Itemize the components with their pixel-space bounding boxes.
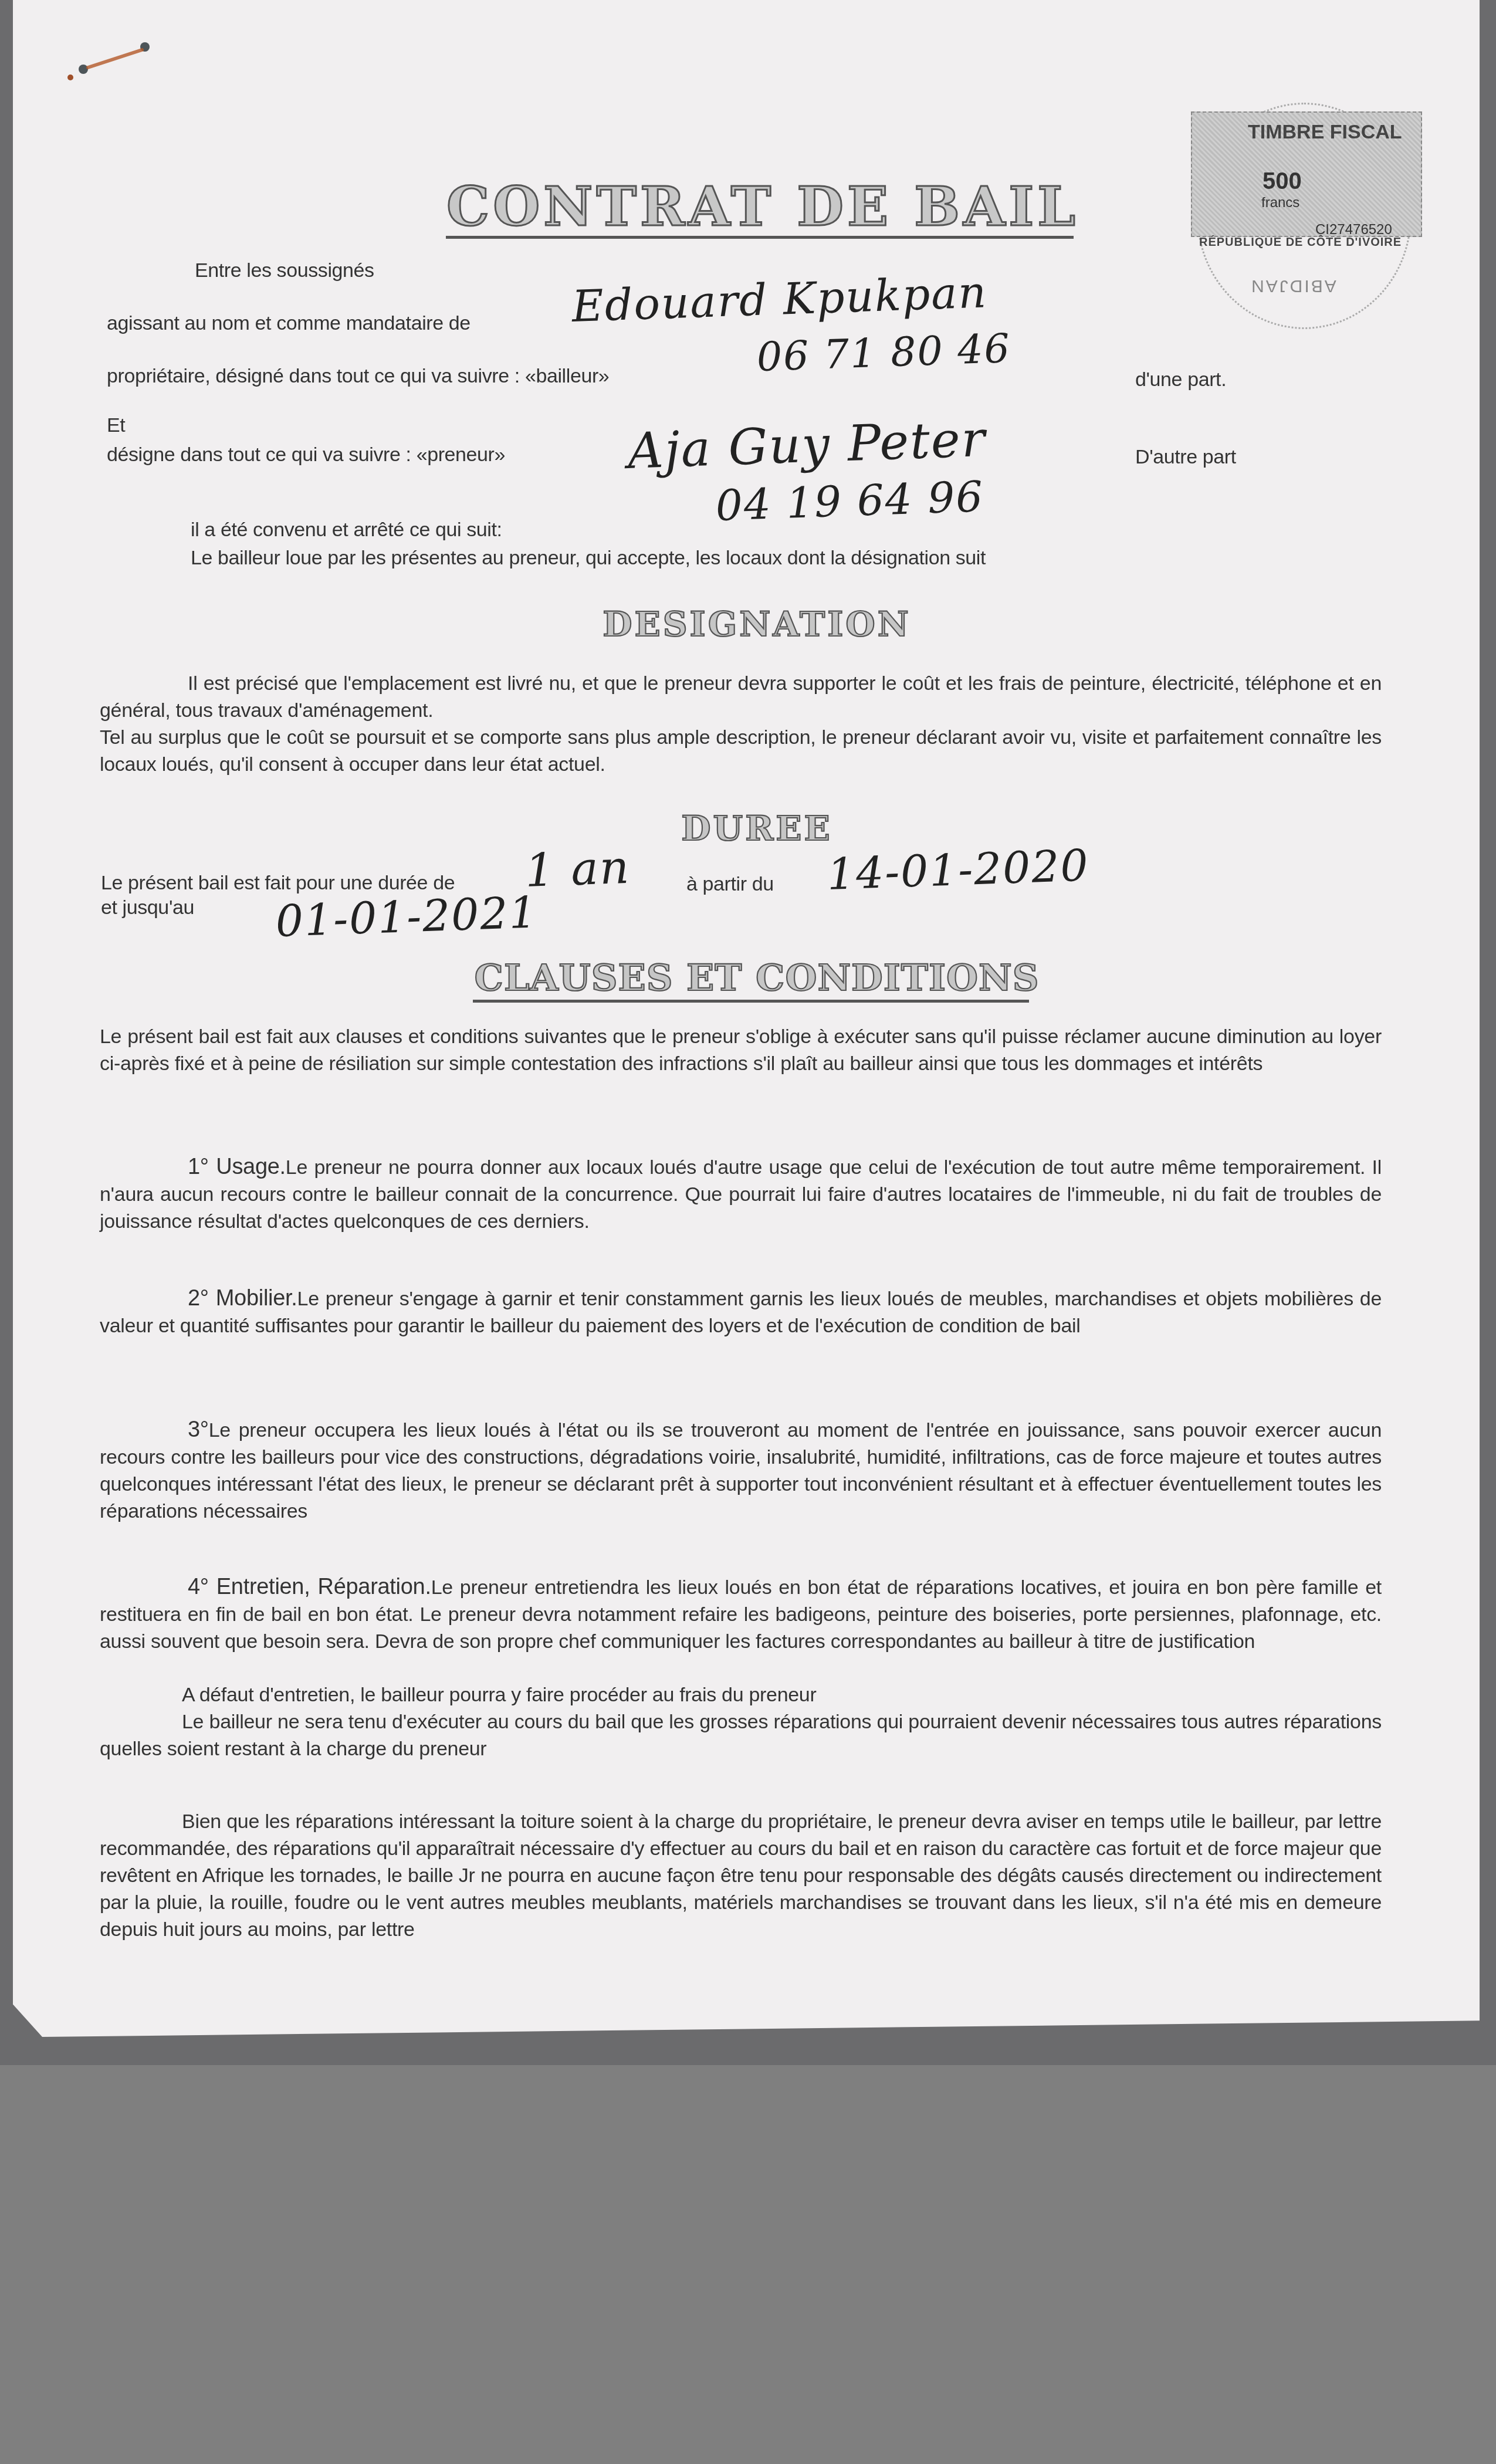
clause-1-label: 1° Usage. — [188, 1155, 286, 1179]
stamp-label: TIMBRE FISCAL — [1248, 121, 1402, 144]
clauses-intro: Le présent bail est fait aux clauses et … — [100, 1023, 1382, 1077]
preneur-phone-handwritten: 04 19 64 96 — [715, 472, 985, 530]
clause-3-label: 3° — [188, 1417, 209, 1442]
section-duree: DUREE — [446, 808, 1068, 848]
clause-4-sub2-text: Le bailleur ne sera tenu d'exécuter au c… — [100, 1711, 1382, 1760]
preneur-label: désigne dans tout ce qui va suivre : «pr… — [107, 441, 505, 468]
start-date-handwritten: 14-01-2020 — [826, 840, 1089, 900]
designation-p1-text: Il est précisé que l'emplacement est liv… — [100, 672, 1382, 722]
et-text: Et — [107, 412, 125, 439]
designation-p2: Tel au surplus que le coût se poursuit e… — [100, 724, 1382, 778]
end-date-handwritten: 01-01-2021 — [275, 887, 538, 947]
start-label: à partir du — [686, 871, 774, 898]
designation-p1: Il est précisé que l'emplacement est liv… — [100, 670, 1382, 724]
clause-4-sub2: Le bailleur ne sera tenu d'exécuter au c… — [100, 1708, 1382, 1762]
clause-final: Bien que les réparations intéressant la … — [100, 1808, 1382, 1943]
duration-value-handwritten: 1 an — [524, 841, 631, 898]
clause-2-label: 2° Mobilier. — [188, 1286, 297, 1311]
lease-text: Le bailleur loue par les présentes au pr… — [191, 544, 986, 571]
clause-4-label: 4° Entretien, Réparation. — [188, 1575, 431, 1599]
document-title: CONTRAT DE BAIL — [446, 175, 1079, 238]
clause-4-sub1: A défaut d'entretien, le bailleur pourra… — [100, 1681, 1382, 1708]
stamp-country: RÉPUBLIQUE DE CÔTE D'IVOIRE — [1199, 236, 1402, 249]
clause-1: 1° Usage.Le preneur ne pourra donner aux… — [100, 1153, 1382, 1235]
clause-2: 2° Mobilier.Le preneur s'engage à garnir… — [100, 1285, 1382, 1339]
clause-3-text: Le preneur occupera les lieux loués à l'… — [100, 1419, 1382, 1522]
clause-1-text: Le preneur ne pourra donner aux locaux l… — [100, 1156, 1382, 1233]
title-underline — [446, 236, 1074, 239]
bailleur-phone-handwritten: 06 71 80 46 — [756, 326, 1011, 381]
staple-hole-icon — [60, 35, 160, 82]
fiscal-stamp: TIMBRE FISCAL 500 francs CI27476520 RÉPU… — [1191, 111, 1422, 237]
preneur-side: D'autre part — [1135, 444, 1236, 471]
clause-final-text: Bien que les réparations intéressant la … — [100, 1810, 1382, 1941]
bailleur-side: d'une part. — [1135, 366, 1226, 393]
section-designation: DESIGNATION — [446, 604, 1068, 644]
stamp-amount: 500 — [1263, 168, 1302, 195]
bailleur-label: propriétaire, désigné dans tout ce qui v… — [107, 363, 609, 390]
clause-4: 4° Entretien, Réparation.Le preneur entr… — [100, 1573, 1382, 1655]
section-clauses: CLAUSES ET CONDITIONS — [446, 956, 1068, 999]
agent-label: agissant au nom et comme mandataire de — [107, 310, 471, 337]
intro-text: Entre les soussignés — [195, 257, 374, 284]
agreed-text: il a été convenu et arrêté ce qui suit: — [191, 516, 502, 543]
postmark-text: ABIDJAN — [1250, 276, 1336, 296]
clause-4-sub1-text: A défaut d'entretien, le bailleur pourra… — [182, 1684, 817, 1706]
clauses-underline — [473, 1000, 1029, 1003]
clause-3: 3°Le preneur occupera les lieux loués à … — [100, 1416, 1382, 1525]
end-label: et jusqu'au — [101, 894, 194, 921]
stamp-currency: francs — [1261, 195, 1299, 211]
